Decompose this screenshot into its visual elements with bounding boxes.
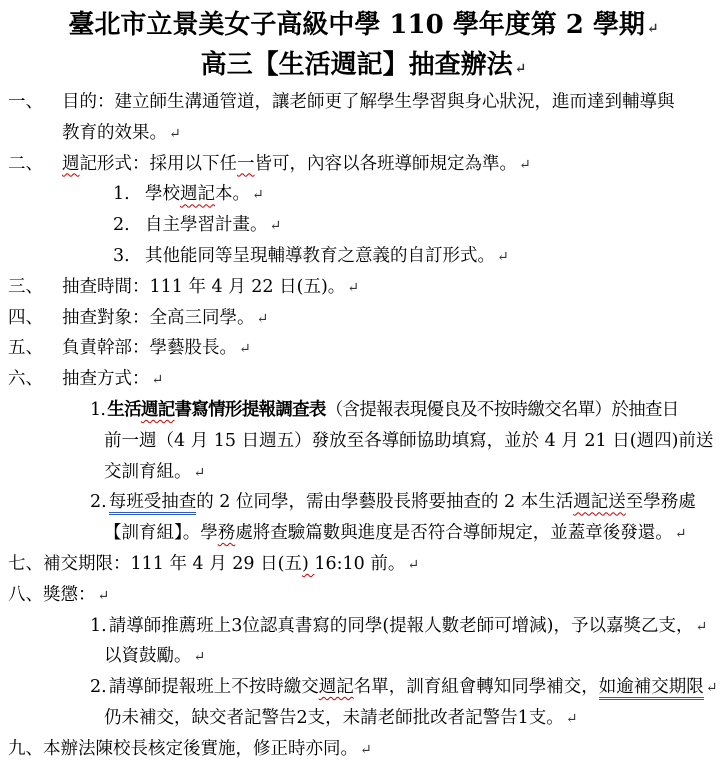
line-item6: 六、抽查方式：↵ (0, 364, 727, 395)
text-run: 其他能同等呈現輔導教育之意義的自訂形式。 (145, 246, 495, 266)
text-run: 抽查方式： (62, 369, 150, 389)
text-run: 交訓育組。 (104, 462, 192, 482)
line-item2: 二、週記形式：採用以下任一皆可，內容以各班導師規定為準。↵ (0, 149, 727, 180)
text-run: 抽查時間：111 年 4 月 22 日(五)。 (62, 277, 345, 297)
sub-number: 2. (113, 210, 145, 241)
text-run: 自主學習計畫。 (145, 215, 268, 235)
spellcheck-run: 務 (218, 523, 236, 543)
line-item5: 五、負責幹部：學藝股長。↵ (0, 333, 727, 364)
bold-spellcheck-run: 週記 (141, 400, 175, 420)
spellcheck-run: ) (302, 554, 314, 574)
line-item8-sub1: 1.請導師推薦班上3位認真書寫的同學(提報人數老師可增減)，予以嘉獎乙支，↵ (0, 611, 727, 642)
bold-run: 生活 (107, 400, 141, 420)
line-item8-sub1-wrap: 以資鼓勵。↵ (0, 641, 727, 672)
text-run: 學校 (145, 184, 180, 204)
line-item4: 四、抽查對象：全高三同學。↵ (0, 303, 727, 334)
bold-run: 書寫情形提報調查表 (175, 400, 326, 420)
text-run: 請導師提報班上不按時繳交 (109, 677, 319, 697)
text-run: 仍未補交，缺交者記警告2支，未請老師批改者記警告1支。 (104, 708, 564, 728)
text-run: 處將查驗篇數與進度是否符合導師規定，並蓋章後發還。 (235, 523, 673, 543)
paragraph-return-mark: ↵ (252, 187, 264, 203)
spellcheck-run: 週記送 (573, 492, 626, 512)
paragraph-return-mark: ↵ (239, 341, 251, 357)
document-page: 臺北市立景美女子高級中學 110 學年度第 2 學期↵ 高三【生活週記】抽查辦法… (0, 0, 727, 768)
text-run: 名單，訓育組會轉知同學補交， (354, 677, 599, 697)
line-item2-sub1: 1.學校週記本。↵ (0, 179, 727, 210)
line-item9: 九、本辦法陳校長核定後實施，修正時亦同。↵ (0, 734, 727, 765)
paragraph-return-mark: ↵ (566, 711, 578, 727)
title-line-2: 高三【生活週記】抽查辦法↵ (0, 45, 727, 85)
line-item3: 三、抽查時間：111 年 4 月 22 日(五)。↵ (0, 272, 727, 303)
paragraph-return-mark: ↵ (360, 742, 372, 758)
text-run: 【訓育組】。學 (104, 523, 218, 543)
document-header: 臺北市立景美女子高級中學 110 學年度第 2 學期↵ 高三【生活週記】抽查辦法… (0, 0, 727, 85)
sub-number: 1. (90, 616, 107, 636)
line-item7: 七、補交期限：111 年 4 月 29 日(五) 16:10 前。↵ (0, 549, 727, 580)
text-run: 本辦法陳校長核定後實施，修正時亦同。 (43, 739, 358, 759)
text-run: 至學務處 (626, 492, 696, 512)
item-number: 一、 (8, 87, 62, 118)
title-text: 高三【生活週記】抽查辦法 (201, 50, 513, 80)
text-run: 獎懲： (43, 585, 96, 605)
item-number: 三、 (8, 272, 62, 303)
line-item8: 八、獎懲：↵ (0, 580, 727, 611)
spellcheck-run: 一 (237, 154, 255, 174)
paragraph-return-mark: ↵ (696, 619, 708, 635)
document-body: 一、目的：建立師生溝通管道，讓老師更了解學生學習與身心狀況，進而達到輔導與 教育… (0, 85, 727, 765)
item-number: 七、 (8, 554, 43, 574)
paragraph-return-mark: ↵ (98, 588, 110, 604)
grammar-run: 如逾補交期限 (599, 677, 704, 700)
paragraph-return-mark: ↵ (169, 126, 181, 142)
text-run: 記形式：採用以下任 (80, 154, 238, 174)
spellcheck-run: 週 (62, 154, 80, 174)
line-item6-sub2: 2.每班受抽查的 2 位同學，需由學藝股長將要抽查的 2 本生活週記送至學務處 (0, 487, 727, 518)
text-run: 以資鼓勵。 (104, 646, 192, 666)
title-line-1: 臺北市立景美女子高級中學 110 學年度第 2 學期↵ (0, 5, 727, 45)
item-number: 四、 (8, 303, 62, 334)
line-item8-sub2: 2.請導師提報班上不按時繳交週記名單，訓育組會轉知同學補交，如逾補交期限↵ (0, 672, 727, 703)
text-run: 本。 (215, 184, 250, 204)
line-item2-sub3: 3.其他能同等呈現輔導教育之意義的自訂形式。↵ (0, 241, 727, 272)
text-run: 負責幹部：學藝股長。 (62, 338, 237, 358)
line-item1-wrap: 教育的效果。↵ (0, 118, 727, 149)
item-number: 五、 (8, 333, 62, 364)
text-run: 目的：建立師生溝通管道，讓老師更了解學生學習與身心狀況，進而達到輔導與 (62, 92, 675, 112)
text-run: 抽查對象：全高三同學。 (62, 308, 255, 328)
item-number: 八、 (8, 585, 43, 605)
grammar-run: 每班受抽查 (109, 492, 197, 515)
text-run: （含提報表現優良及不按時繳交名單）於抽查日 (326, 400, 679, 420)
spellcheck-run: 週記 (319, 677, 354, 697)
line-item6-sub2-wrap: 【訓育組】。學務處將查驗篇數與進度是否符合導師規定，並蓋章後發還。↵ (0, 518, 727, 549)
paragraph-return-mark: ↵ (515, 61, 527, 77)
paragraph-return-mark: ↵ (519, 157, 531, 173)
line-item6-sub1: 1.生活週記書寫情形提報調查表（含提報表現優良及不按時繳交名單）於抽查日 (0, 395, 727, 426)
paragraph-return-mark: ↵ (152, 372, 164, 388)
line-item6-sub1-wrap2: 交訓育組。↵ (0, 457, 727, 488)
paragraph-return-mark: ↵ (647, 21, 659, 37)
paragraph-return-mark: ↵ (347, 280, 359, 296)
text-run: 教育的效果。 (62, 123, 167, 143)
text-run: 前一週（4 月 15 日週五）發放至各導師協助填寫，並於 4 月 21 日(週四… (104, 431, 713, 451)
paragraph-return-mark: ↵ (407, 557, 419, 573)
text-run: 16:10 前。 (314, 554, 405, 574)
sub-number: 1. (90, 400, 105, 420)
text-run: 補交期限：111 年 4 月 29 日(五 (43, 554, 302, 574)
sub-number: 1. (113, 179, 145, 210)
text-run: 請導師推薦班上3位認真書寫的同學(提報人數老師可增減)，予以嘉獎乙支， (109, 616, 694, 636)
item-number: 二、 (8, 149, 62, 180)
item-number: 九、 (8, 739, 43, 759)
sub-number: 2. (90, 677, 107, 697)
item-number: 六、 (8, 364, 62, 395)
sub-number: 3. (113, 241, 145, 272)
text-run: 皆可，內容以各班導師規定為準。 (255, 154, 518, 174)
paragraph-return-mark: ↵ (497, 249, 509, 265)
line-item1: 一、目的：建立師生溝通管道，讓老師更了解學生學習與身心狀況，進而達到輔導與 (0, 87, 727, 118)
line-item2-sub2: 2.自主學習計畫。↵ (0, 210, 727, 241)
paragraph-return-mark: ↵ (194, 465, 206, 481)
line-item6-sub1-wrap1: 前一週（4 月 15 日週五）發放至各導師協助填寫，並於 4 月 21 日(週四… (0, 426, 727, 457)
spellcheck-run: 週記 (180, 184, 215, 204)
title-text: 臺北市立景美女子高級中學 110 學年度第 2 學期 (68, 10, 645, 40)
paragraph-return-mark: ↵ (675, 526, 687, 542)
paragraph-return-mark: ↵ (706, 680, 718, 696)
sub-number: 2. (90, 492, 107, 512)
line-item8-sub2-wrap: 仍未補交，缺交者記警告2支，未請老師批改者記警告1支。↵ (0, 703, 727, 734)
text-run: 的 2 位同學，需由學藝股長將要抽查的 2 本生活 (196, 492, 573, 512)
paragraph-return-mark: ↵ (257, 311, 269, 327)
paragraph-return-mark: ↵ (270, 218, 282, 234)
paragraph-return-mark: ↵ (194, 649, 206, 665)
